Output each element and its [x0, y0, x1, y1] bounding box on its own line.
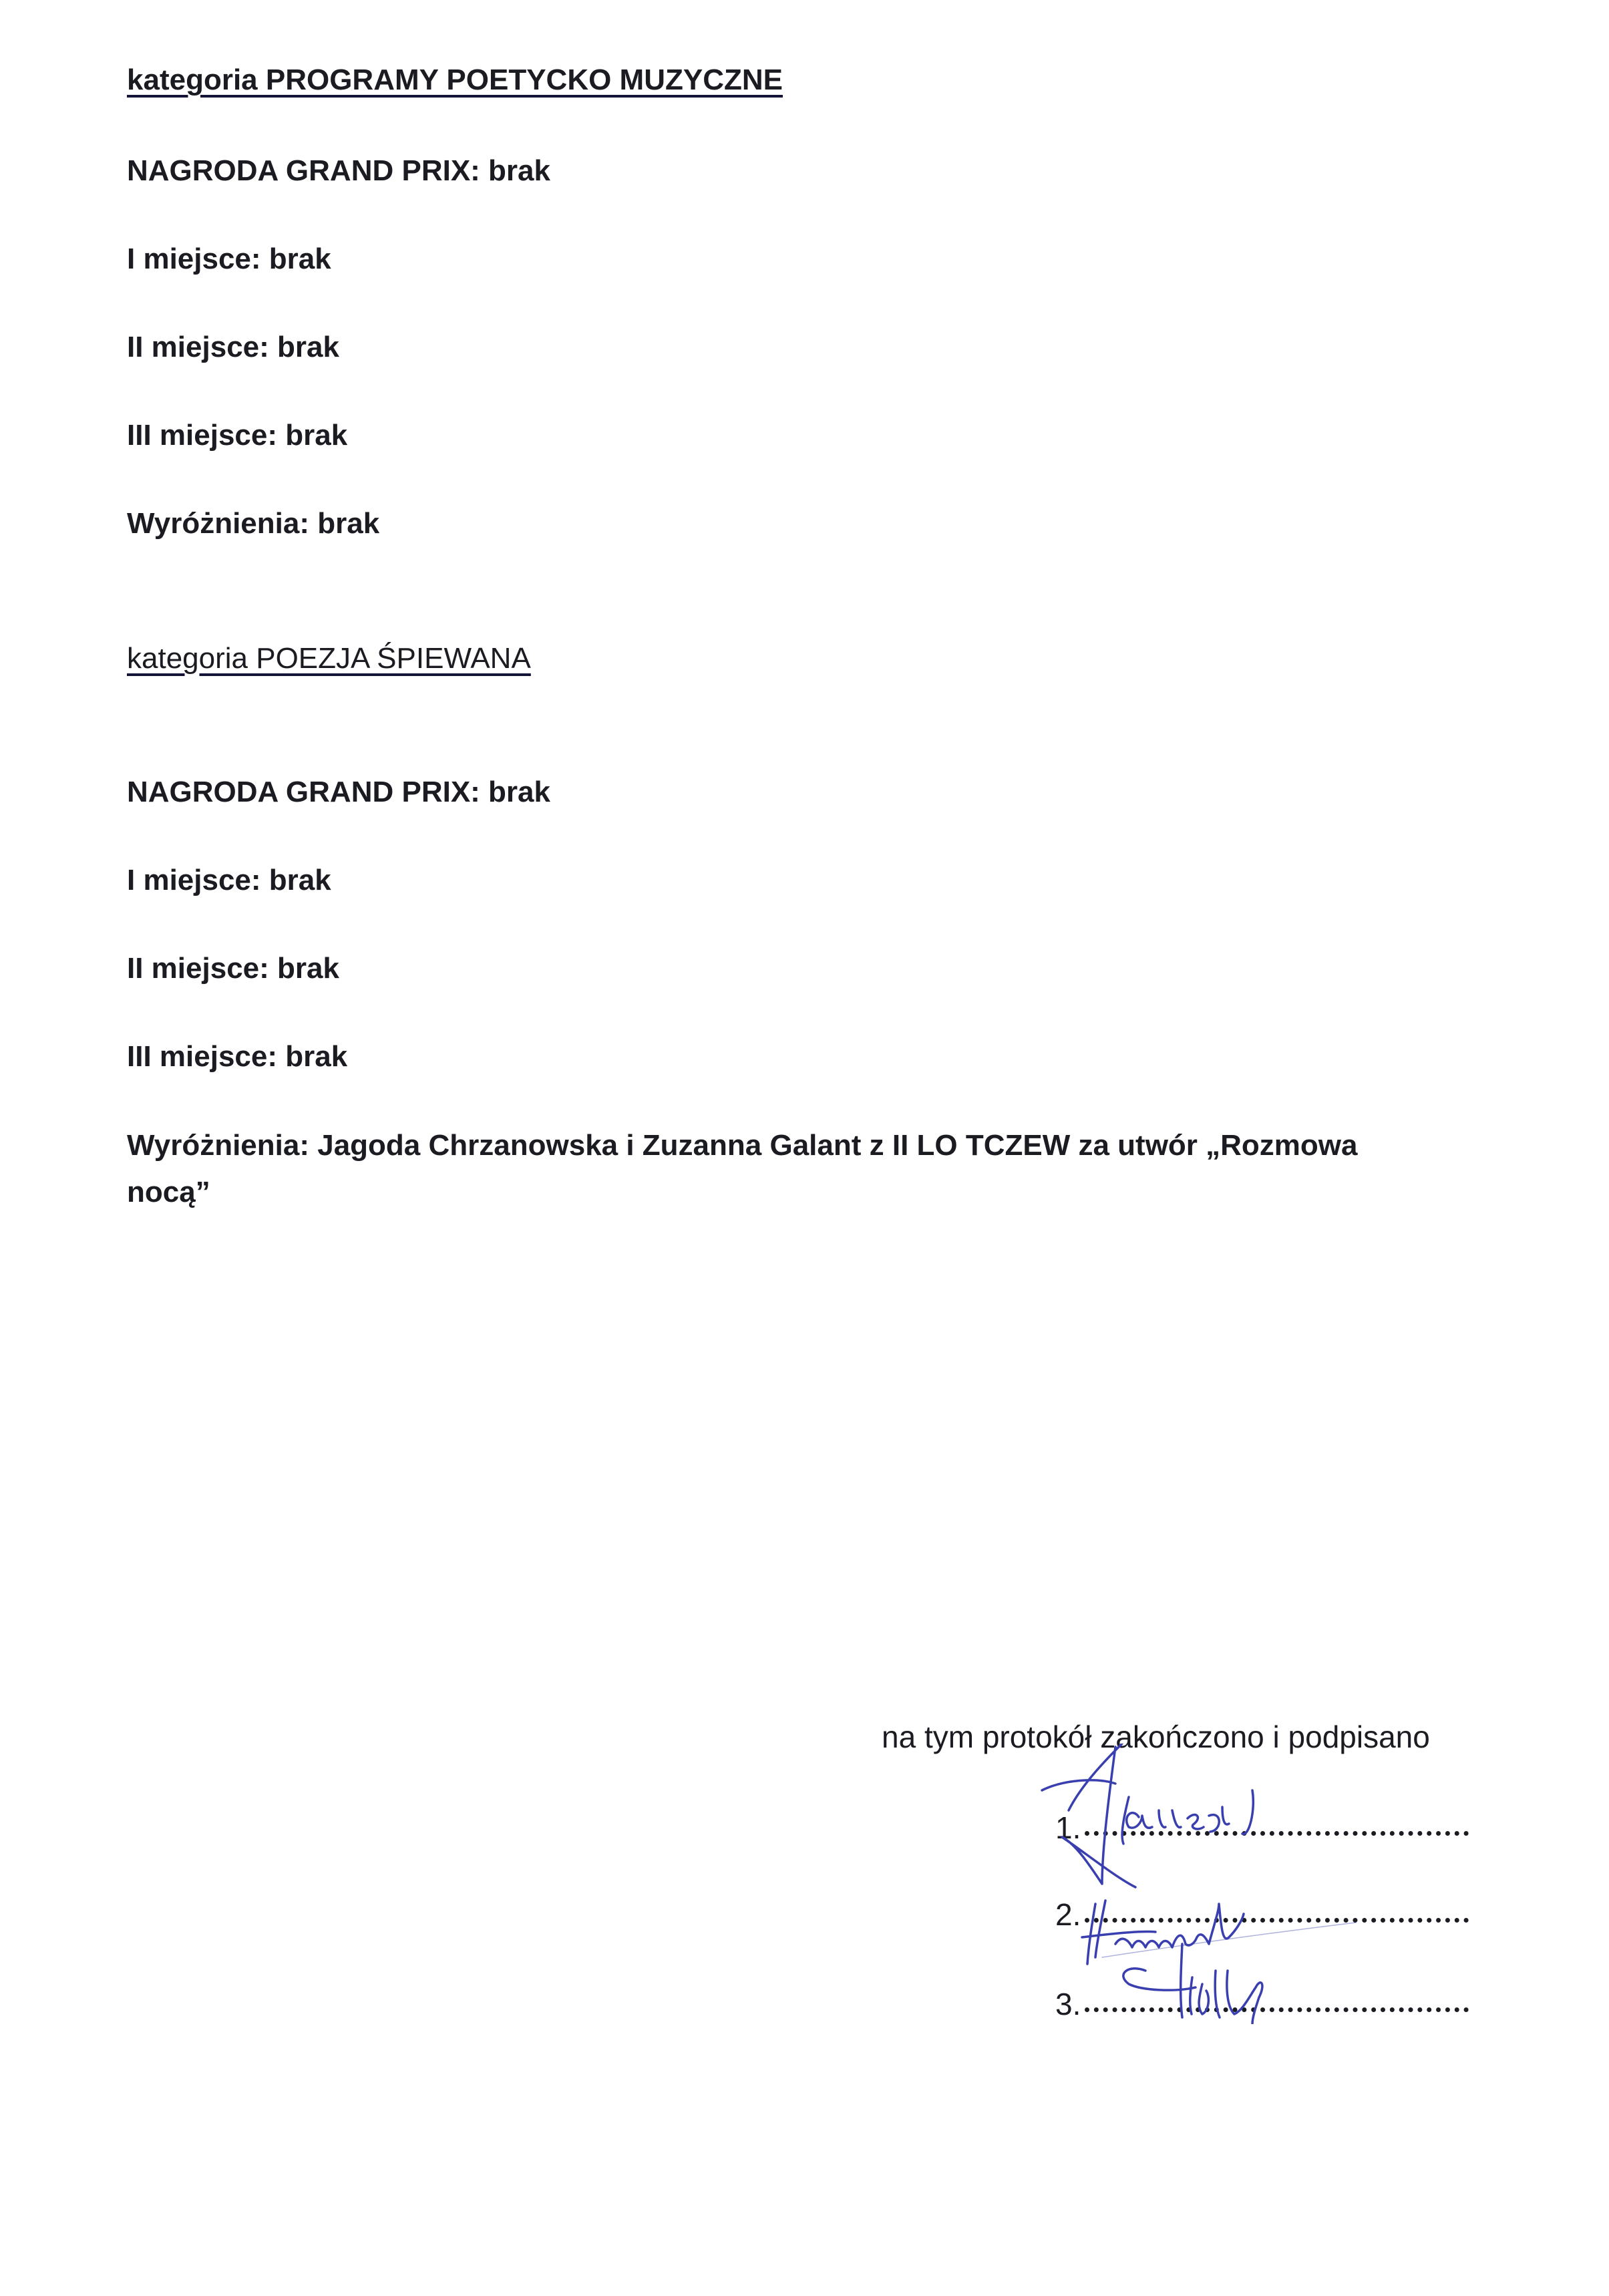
section-2-distinctions: Wyróżnienia: Jagoda Chrzanowska i Zuzann…: [127, 1122, 1436, 1216]
section-1-distinctions: Wyróżnienia: brak: [127, 505, 379, 542]
section-1-first-place: I miejsce: brak: [127, 240, 331, 278]
section-2-second-place: II miejsce: brak: [127, 950, 339, 987]
signature-number-3: 3.: [1055, 1985, 1081, 2023]
signature-line-1: 1.: [1055, 1809, 1469, 1846]
section-1-third-place: III miejsce: brak: [127, 417, 347, 454]
section-1-second-place: II miejsce: brak: [127, 329, 339, 366]
section-2-first-place: I miejsce: brak: [127, 862, 331, 899]
closing-statement: na tym protokół zakończono i podpisano: [882, 1718, 1430, 1756]
dotted-line: [1085, 2007, 1469, 2012]
dotted-line: [1085, 1918, 1469, 1923]
handwritten-signatures: [1022, 1744, 1489, 2024]
section-2-third-place: III miejsce: brak: [127, 1038, 347, 1076]
section-1-heading: kategoria PROGRAMY POETYCKO MUZYCZNE: [127, 61, 783, 99]
section-2-heading: kategoria POEZJA ŚPIEWANA: [127, 640, 531, 677]
section-1-grand-prix: NAGRODA GRAND PRIX: brak: [127, 152, 550, 190]
signature-number-2: 2.: [1055, 1896, 1081, 1933]
signature-line-2: 2.: [1055, 1896, 1469, 1933]
signature-number-1: 1.: [1055, 1809, 1081, 1846]
signature-line-3: 3.: [1055, 1985, 1469, 2023]
section-2-grand-prix: NAGRODA GRAND PRIX: brak: [127, 774, 550, 811]
dotted-line: [1085, 1831, 1469, 1836]
